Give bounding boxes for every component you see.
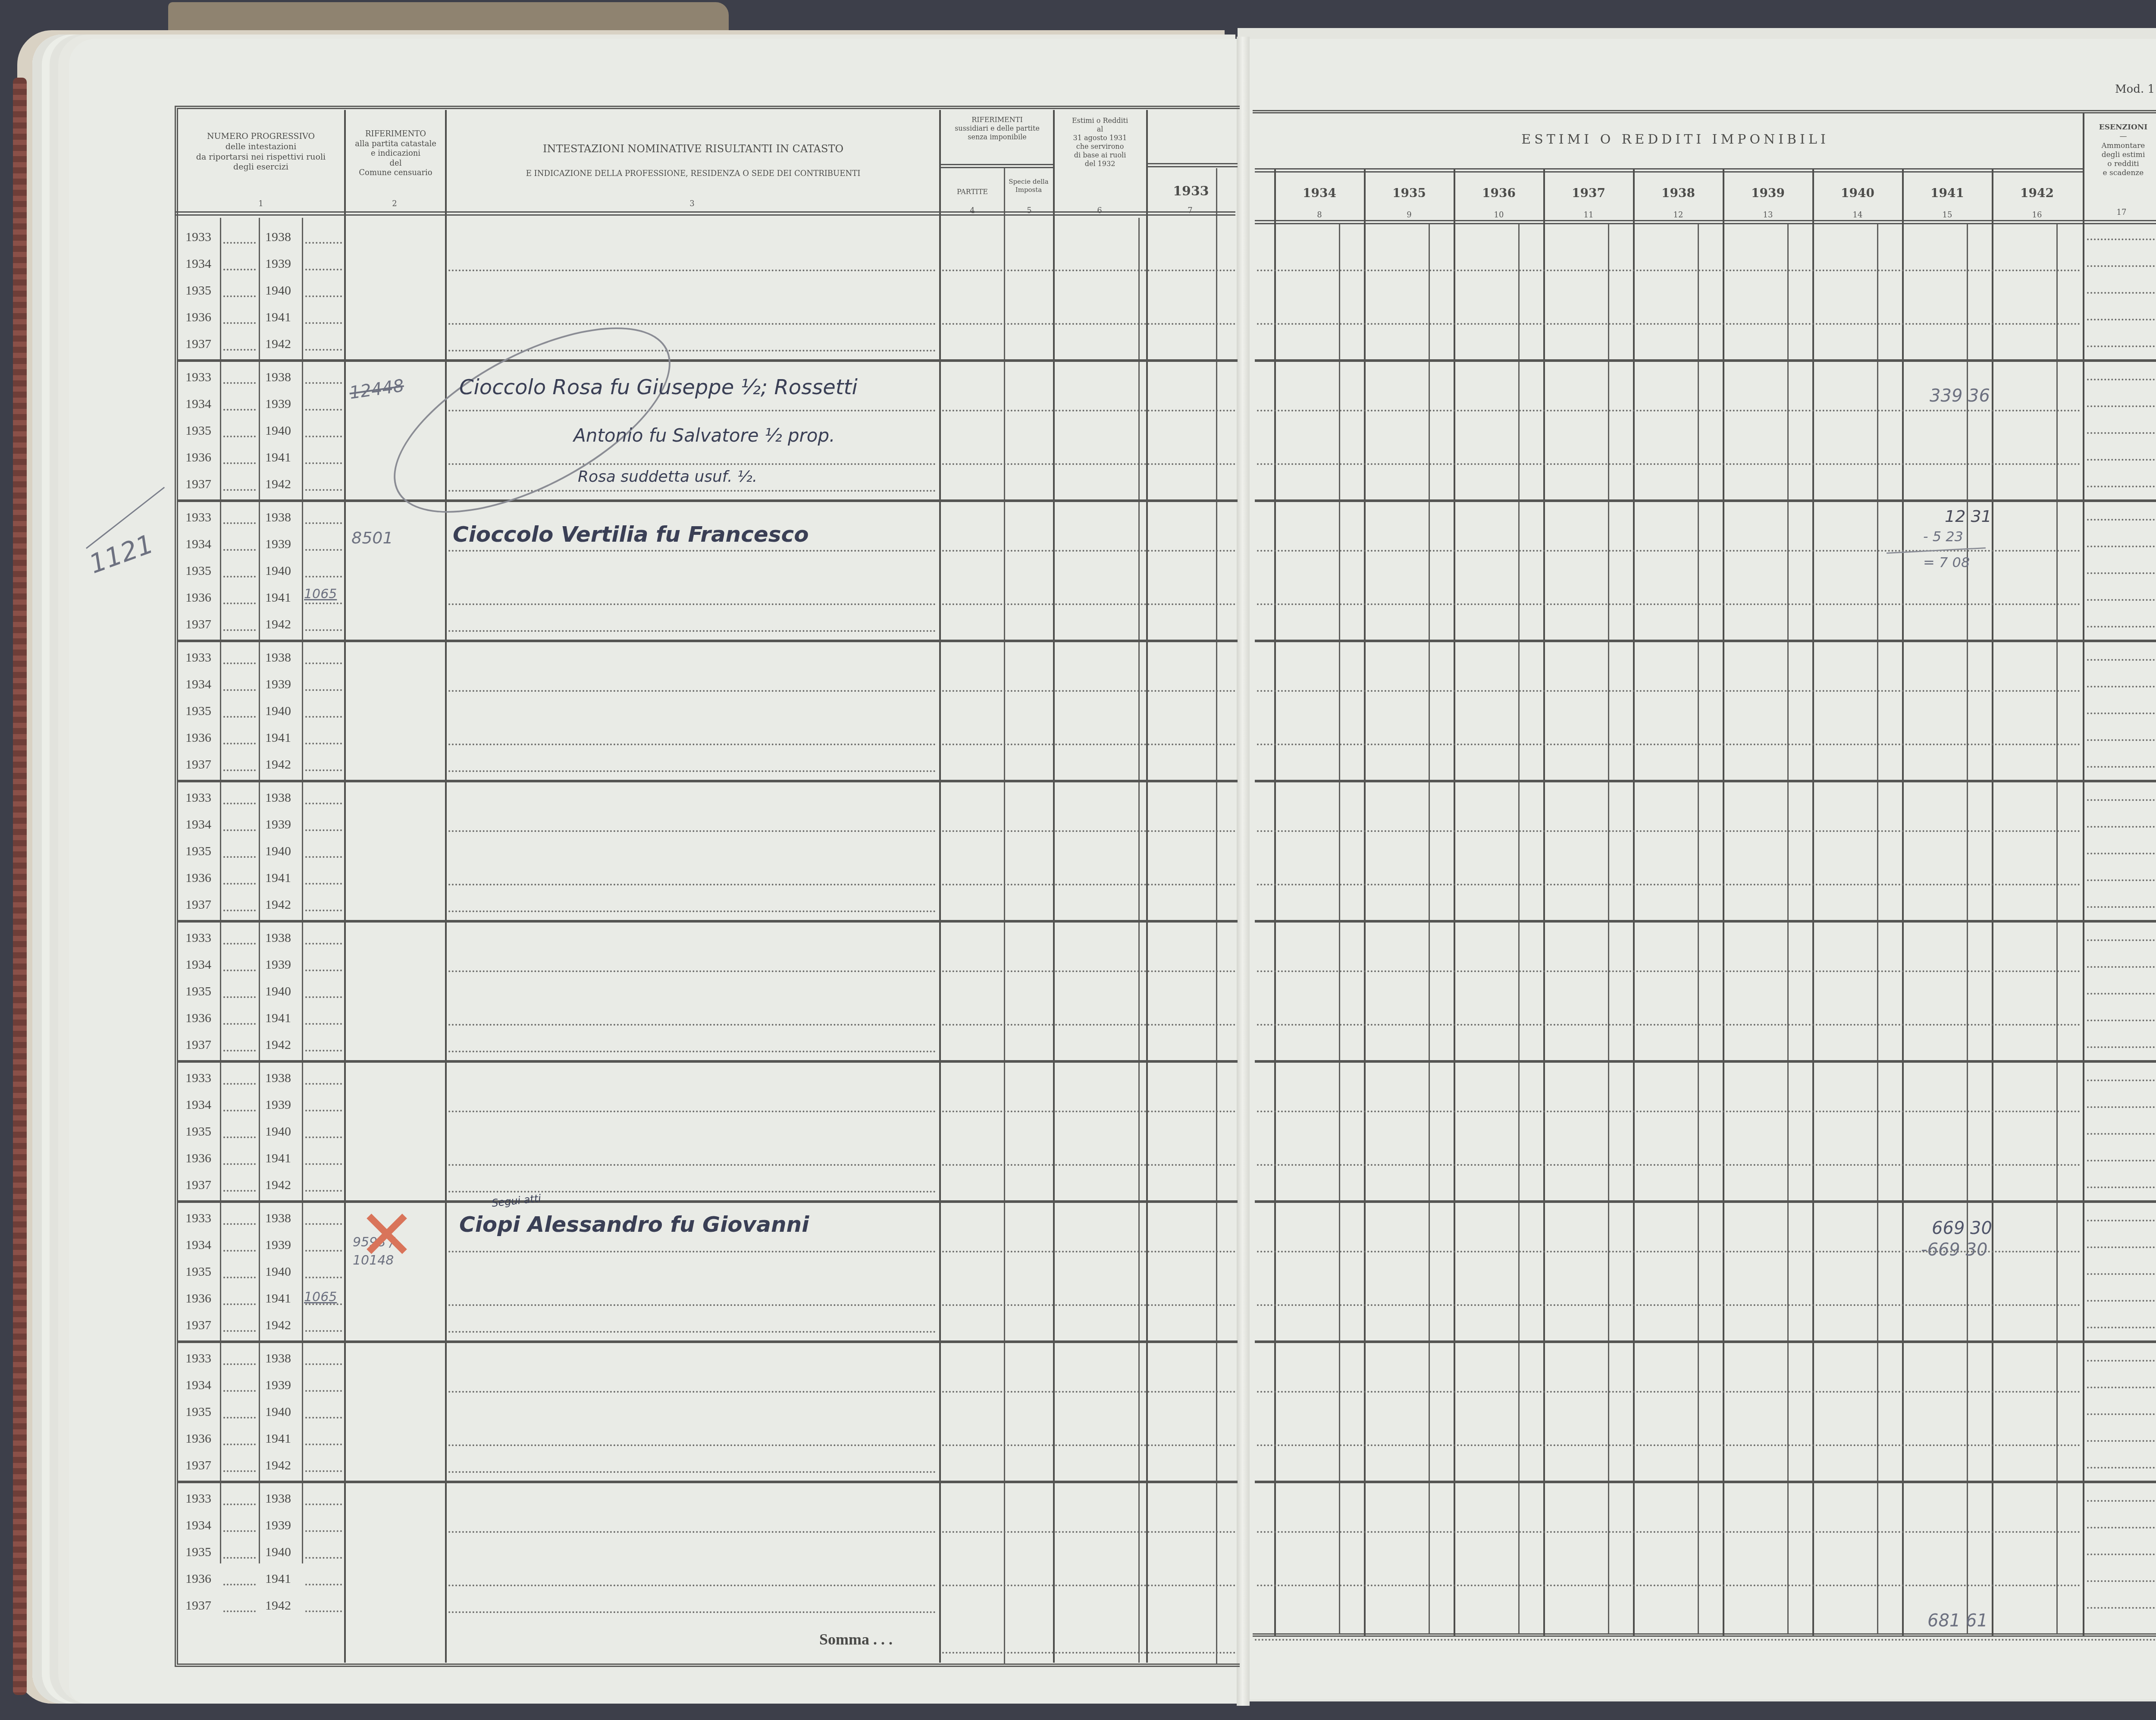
year-label: 1940 bbox=[265, 283, 291, 298]
entry-3-progressivo-note: 1065 bbox=[304, 587, 337, 602]
name-line bbox=[448, 1111, 936, 1112]
year-label: 1940 bbox=[265, 844, 291, 859]
year-blank bbox=[223, 716, 256, 718]
year-blank bbox=[223, 1330, 256, 1332]
year-label: 1939 bbox=[265, 1238, 291, 1252]
calc-1941-entry-3-a: - 5 23 bbox=[1923, 528, 1963, 545]
column-number: 5 bbox=[1023, 206, 1036, 215]
esenzioni-line bbox=[2087, 1327, 2156, 1328]
year-blank bbox=[223, 1444, 256, 1445]
header-subtitle: E INDICAZIONE DELLA PROFESSIONE, RESIDEN… bbox=[448, 169, 938, 179]
ref-line bbox=[942, 323, 1235, 325]
esenzioni-line bbox=[2087, 659, 2156, 661]
header-year-1937: 1937 bbox=[1545, 185, 1632, 201]
year-label: 1935 bbox=[185, 844, 211, 859]
year-label: 1934 bbox=[185, 537, 211, 552]
year-blank bbox=[305, 549, 342, 551]
header-line: o redditi bbox=[2086, 160, 2156, 169]
year-blank bbox=[305, 322, 342, 324]
year-label: 1936 bbox=[185, 310, 211, 325]
value-line bbox=[1257, 270, 2081, 271]
value-line bbox=[1257, 1531, 2081, 1533]
entry-2-name-line-1: Cioccolo Rosa fu Giuseppe ½; Rossetti bbox=[459, 375, 858, 399]
year-blank bbox=[223, 295, 256, 297]
year-label: 1933 bbox=[185, 650, 211, 665]
year-label: 1938 bbox=[265, 370, 291, 385]
name-line bbox=[448, 970, 936, 972]
name-line bbox=[448, 770, 936, 772]
esenzioni-line bbox=[2087, 1554, 2156, 1555]
year-blank bbox=[223, 549, 256, 551]
divider bbox=[259, 218, 260, 1563]
header-line: delle intestazioni bbox=[181, 142, 341, 152]
year-blank bbox=[223, 1223, 256, 1225]
year-blank bbox=[223, 856, 256, 858]
year-blank bbox=[305, 1277, 342, 1278]
calc-1941-entry-3-b: = 7 08 bbox=[1923, 554, 1970, 571]
year-label: 1934 bbox=[185, 1238, 211, 1252]
divider bbox=[1967, 224, 1968, 1635]
year-blank bbox=[305, 462, 342, 464]
esenzioni-line bbox=[2087, 1273, 2156, 1275]
year-blank bbox=[223, 409, 256, 411]
form-model-label: Mod. 111 - Imposte Dirette (Intercalare)… bbox=[2115, 83, 2156, 96]
year-blank bbox=[223, 1390, 256, 1392]
column-number: 12 bbox=[1672, 210, 1685, 220]
year-label: 1935 bbox=[185, 1405, 211, 1419]
year-label: 1942 bbox=[265, 617, 291, 632]
year-label: 1938 bbox=[265, 1071, 291, 1086]
column-number: 11 bbox=[1582, 210, 1595, 220]
year-blank bbox=[223, 1610, 256, 1612]
year-blank bbox=[305, 1190, 342, 1192]
block-rule bbox=[1255, 780, 2156, 782]
year-label: 1937 bbox=[185, 1458, 211, 1473]
name-line bbox=[448, 884, 936, 885]
header-esenzioni: ESENZIONI — Ammontare degli estimi o red… bbox=[2086, 123, 2156, 178]
header-year-1939: 1939 bbox=[1725, 185, 1811, 201]
name-line bbox=[448, 1585, 936, 1586]
year-blank bbox=[223, 1050, 256, 1051]
year-label: 1940 bbox=[265, 704, 291, 719]
esenzioni-line bbox=[2087, 1467, 2156, 1469]
divider bbox=[1902, 169, 1904, 1635]
ref-line bbox=[942, 270, 1235, 271]
year-label: 1933 bbox=[185, 1491, 211, 1506]
year-blank bbox=[305, 1330, 342, 1332]
year-blank bbox=[305, 1390, 342, 1392]
total-label: Somma . . . bbox=[819, 1630, 893, 1648]
header-estimi-imponibili: ESTIMI O REDDITI IMPONIBILI bbox=[1276, 132, 2074, 148]
header-line: degli estimi bbox=[2086, 151, 2156, 160]
year-label: 1939 bbox=[265, 537, 291, 552]
year-blank bbox=[305, 489, 342, 491]
divider bbox=[1004, 168, 1005, 1665]
name-line bbox=[448, 744, 936, 745]
esenzioni-line bbox=[2087, 379, 2156, 380]
year-blank bbox=[305, 716, 342, 718]
divider bbox=[1698, 224, 1699, 1635]
header-intestazioni: INTESTAZIONI NOMINATIVE RISULTANTI IN CA… bbox=[448, 142, 938, 179]
year-label: 1940 bbox=[265, 1265, 291, 1279]
esenzioni-line bbox=[2087, 1387, 2156, 1388]
year-label: 1942 bbox=[265, 477, 291, 492]
esenzioni-line bbox=[2087, 546, 2156, 547]
header-line: alla partita catastale bbox=[347, 139, 444, 149]
year-label: 1934 bbox=[185, 397, 211, 411]
header-line: che servirono bbox=[1055, 142, 1145, 151]
year-blank bbox=[305, 856, 342, 858]
block-rule bbox=[177, 499, 1238, 502]
divider bbox=[1877, 224, 1878, 1635]
ref-line bbox=[942, 410, 1235, 411]
header-subrule bbox=[940, 164, 1053, 168]
column-number: 6 bbox=[1093, 206, 1106, 215]
year-blank bbox=[305, 349, 342, 351]
year-blank bbox=[305, 242, 342, 244]
year-label: 1936 bbox=[185, 1151, 211, 1166]
name-line bbox=[448, 1611, 936, 1613]
esenzioni-line bbox=[2087, 265, 2156, 267]
year-blank bbox=[305, 1083, 342, 1085]
total-line-right bbox=[1255, 1639, 2156, 1641]
year-blank bbox=[305, 1417, 342, 1419]
year-blank bbox=[305, 1363, 342, 1365]
esenzioni-line bbox=[2087, 993, 2156, 995]
header-line: del 1932 bbox=[1055, 160, 1145, 168]
header-title: Estimi o Redditi bbox=[1055, 116, 1145, 125]
year-blank bbox=[223, 829, 256, 831]
name-line bbox=[448, 1191, 936, 1193]
name-line bbox=[448, 1024, 936, 1026]
value-line bbox=[1257, 1585, 2081, 1586]
year-blank bbox=[223, 743, 256, 744]
year-label: 1934 bbox=[185, 957, 211, 972]
year-label: 1942 bbox=[265, 1038, 291, 1052]
esenzioni-line bbox=[2087, 405, 2156, 407]
year-label: 1937 bbox=[185, 477, 211, 492]
block-rule bbox=[177, 1340, 1238, 1343]
header-year-1935: 1935 bbox=[1366, 185, 1452, 201]
header-year-1941: 1941 bbox=[1904, 185, 1990, 201]
block-rule bbox=[177, 359, 1238, 362]
year-blank bbox=[305, 1530, 342, 1532]
esenzioni-line bbox=[2087, 1413, 2156, 1415]
ref-line bbox=[942, 884, 1235, 885]
header-year-1936: 1936 bbox=[1456, 185, 1542, 201]
header-line: da riportarsi nei rispettivi ruoli bbox=[181, 152, 341, 163]
divider bbox=[2083, 113, 2084, 1635]
header-line: degli esercizi bbox=[181, 162, 341, 173]
divider bbox=[1633, 169, 1635, 1635]
block-rule bbox=[1255, 359, 2156, 362]
year-blank bbox=[223, 1250, 256, 1252]
year-blank bbox=[223, 1023, 256, 1025]
total-1941: 681 61 bbox=[1927, 1611, 1988, 1631]
calc-1941-entry-8: -669 30 bbox=[1921, 1240, 1987, 1260]
name-line bbox=[448, 910, 936, 912]
ref-line bbox=[942, 550, 1235, 552]
year-label: 1936 bbox=[185, 1291, 211, 1306]
ref-line bbox=[942, 744, 1235, 745]
divider bbox=[1992, 169, 1993, 1635]
year-blank bbox=[223, 436, 256, 437]
year-label: 1938 bbox=[265, 1211, 291, 1226]
year-blank bbox=[223, 269, 256, 270]
header-line: di base ai ruoli bbox=[1055, 151, 1145, 160]
year-label: 1933 bbox=[185, 931, 211, 945]
year-blank bbox=[223, 803, 256, 804]
year-label: 1933 bbox=[185, 230, 211, 245]
year-blank bbox=[305, 689, 342, 691]
year-blank bbox=[305, 1503, 342, 1505]
esenzioni-line bbox=[2087, 939, 2156, 941]
header-riferimento: RIFERIMENTO alla partita catastale e ind… bbox=[347, 129, 444, 178]
year-label: 1940 bbox=[265, 564, 291, 578]
column-number: 16 bbox=[2031, 210, 2043, 220]
header-partite: PARTITE bbox=[942, 188, 1003, 196]
year-label: 1934 bbox=[185, 1378, 211, 1393]
year-label: 1941 bbox=[265, 1431, 291, 1446]
year-label: 1938 bbox=[265, 230, 291, 245]
name-line bbox=[448, 630, 936, 632]
year-label: 1942 bbox=[265, 898, 291, 912]
year-label: 1935 bbox=[185, 283, 211, 298]
year-blank bbox=[223, 242, 256, 244]
year-label: 1933 bbox=[185, 1071, 211, 1086]
year-label: 1933 bbox=[185, 1211, 211, 1226]
book-tab bbox=[168, 2, 729, 32]
year-blank bbox=[223, 1584, 256, 1585]
year-label: 1933 bbox=[185, 510, 211, 525]
ref-line bbox=[942, 1024, 1235, 1026]
year-label: 1942 bbox=[265, 1458, 291, 1473]
divider bbox=[1146, 110, 1148, 1663]
entry-3-name: Cioccolo Vertilia fu Francesco bbox=[453, 522, 809, 547]
header-line: senza imponibile bbox=[942, 133, 1052, 141]
block-rule bbox=[177, 1060, 1238, 1063]
year-blank bbox=[305, 1444, 342, 1445]
year-blank bbox=[305, 970, 342, 971]
esenzioni-line bbox=[2087, 853, 2156, 854]
year-label: 1933 bbox=[185, 1351, 211, 1366]
divider bbox=[1364, 169, 1366, 1635]
year-blank bbox=[223, 970, 256, 971]
year-label: 1936 bbox=[185, 871, 211, 885]
year-blank bbox=[223, 662, 256, 664]
year-label: 1940 bbox=[265, 424, 291, 438]
entry-2-name-line-2: Antonio fu Salvatore ½ prop. bbox=[573, 425, 835, 446]
esenzioni-line bbox=[2087, 966, 2156, 968]
divider bbox=[1723, 169, 1724, 1635]
year-blank bbox=[305, 883, 342, 885]
column-number: 17 bbox=[2115, 208, 2128, 217]
esenzioni-line bbox=[2087, 1106, 2156, 1108]
year-blank bbox=[223, 1470, 256, 1472]
year-blank bbox=[223, 1363, 256, 1365]
year-label: 1936 bbox=[185, 450, 211, 465]
esenzioni-line bbox=[2087, 1360, 2156, 1362]
header-specie-imposta: Specie della Imposta bbox=[1006, 178, 1051, 194]
value-1941-entry-3: 12 31 bbox=[1945, 507, 1992, 526]
value-line bbox=[1257, 744, 2081, 745]
value-line bbox=[1257, 323, 2081, 325]
year-label: 1935 bbox=[185, 564, 211, 578]
left-table-frame bbox=[175, 106, 1240, 1667]
year-blank bbox=[223, 1503, 256, 1505]
name-line bbox=[448, 270, 936, 271]
year-blank bbox=[223, 349, 256, 351]
year-label: 1939 bbox=[265, 397, 291, 411]
block-rule bbox=[177, 640, 1238, 642]
year-blank bbox=[223, 1136, 256, 1138]
value-line bbox=[1257, 410, 2081, 411]
esenzioni-line bbox=[2087, 599, 2156, 601]
book-binding bbox=[13, 78, 27, 1695]
year-label: 1933 bbox=[185, 791, 211, 805]
year-blank bbox=[223, 603, 256, 604]
block-rule bbox=[177, 1200, 1238, 1203]
header-year-1933: 1933 bbox=[1148, 183, 1234, 200]
year-label: 1939 bbox=[265, 677, 291, 692]
year-label: 1942 bbox=[265, 1318, 291, 1333]
year-blank bbox=[305, 769, 342, 771]
name-line bbox=[448, 690, 936, 692]
year-blank bbox=[223, 689, 256, 691]
header-line: Ammontare bbox=[2086, 141, 2156, 151]
esenzioni-line bbox=[2087, 572, 2156, 574]
name-line bbox=[448, 1304, 936, 1306]
header-line: al bbox=[1055, 125, 1145, 134]
ref-line bbox=[942, 1251, 1235, 1252]
value-line bbox=[1257, 463, 2081, 465]
year-blank bbox=[305, 1163, 342, 1165]
year-blank bbox=[223, 1303, 256, 1305]
year-label: 1938 bbox=[265, 931, 291, 945]
ref-line bbox=[942, 830, 1235, 832]
year-blank bbox=[305, 629, 342, 631]
year-label: 1935 bbox=[185, 984, 211, 999]
ref-line bbox=[942, 1585, 1235, 1586]
esenzioni-line bbox=[2087, 1020, 2156, 1021]
year-blank bbox=[305, 409, 342, 411]
value-line bbox=[1257, 1444, 2081, 1446]
divider bbox=[1339, 224, 1340, 1635]
column-number: 8 bbox=[1313, 210, 1326, 220]
column-number: 2 bbox=[388, 199, 401, 208]
year-blank bbox=[223, 883, 256, 885]
block-rule bbox=[1255, 1060, 2156, 1063]
divider bbox=[1787, 224, 1789, 1635]
year-label: 1941 bbox=[265, 310, 291, 325]
esenzioni-line bbox=[2087, 626, 2156, 628]
year-label: 1940 bbox=[265, 1405, 291, 1419]
divider bbox=[220, 218, 221, 1563]
year-blank bbox=[305, 943, 342, 945]
header-title: NUMERO PROGRESSIVO bbox=[181, 132, 341, 142]
esenzioni-line bbox=[2087, 459, 2156, 461]
divider bbox=[1274, 169, 1276, 1635]
esenzioni-line bbox=[2087, 486, 2156, 487]
year-label: 1937 bbox=[185, 1318, 211, 1333]
block-rule bbox=[177, 1481, 1238, 1483]
esenzioni-line bbox=[2087, 1080, 2156, 1081]
value-line bbox=[1257, 830, 2081, 832]
year-label: 1941 bbox=[265, 450, 291, 465]
year-blank bbox=[305, 1110, 342, 1111]
year-label: 1938 bbox=[265, 510, 291, 525]
divider bbox=[1608, 224, 1609, 1635]
ref-line bbox=[942, 1391, 1235, 1393]
year-blank bbox=[223, 996, 256, 998]
header-title: RIFERIMENTI bbox=[942, 116, 1052, 124]
year-blank bbox=[305, 829, 342, 831]
year-label: 1939 bbox=[265, 1378, 291, 1393]
esenzioni-line bbox=[2087, 712, 2156, 714]
year-blank bbox=[223, 910, 256, 911]
year-blank bbox=[223, 1190, 256, 1192]
year-label: 1942 bbox=[265, 757, 291, 772]
year-blank bbox=[223, 1110, 256, 1111]
divider bbox=[302, 218, 303, 1563]
divider bbox=[939, 110, 941, 1663]
ref-line bbox=[942, 1531, 1235, 1533]
divider bbox=[445, 110, 447, 1663]
column-number: 7 bbox=[1184, 206, 1197, 215]
year-blank bbox=[305, 803, 342, 804]
year-blank bbox=[305, 1250, 342, 1252]
year-blank bbox=[305, 1584, 342, 1585]
year-label: 1941 bbox=[265, 871, 291, 885]
name-line bbox=[448, 1471, 936, 1473]
column-number: 3 bbox=[686, 199, 699, 208]
year-label: 1940 bbox=[265, 1545, 291, 1560]
year-blank bbox=[305, 436, 342, 437]
value-line bbox=[1257, 884, 2081, 885]
year-label: 1938 bbox=[265, 1351, 291, 1366]
year-blank bbox=[305, 1023, 342, 1025]
value-line bbox=[1257, 1164, 2081, 1166]
column-number: 10 bbox=[1492, 210, 1505, 220]
header-line: 31 agosto 1931 bbox=[1055, 134, 1145, 142]
header-subrule bbox=[1147, 163, 1238, 167]
year-label: 1934 bbox=[185, 257, 211, 271]
name-line bbox=[448, 603, 936, 605]
year-blank bbox=[305, 1136, 342, 1138]
esenzioni-line bbox=[2087, 1607, 2156, 1609]
year-blank bbox=[223, 1557, 256, 1559]
year-label: 1934 bbox=[185, 1098, 211, 1112]
ref-line bbox=[942, 970, 1235, 972]
esenzioni-line bbox=[2087, 1500, 2156, 1502]
year-blank bbox=[223, 322, 256, 324]
year-label: 1935 bbox=[185, 1124, 211, 1139]
ref-line bbox=[942, 463, 1235, 465]
year-label: 1937 bbox=[185, 898, 211, 912]
header-dash: — bbox=[2086, 132, 2156, 141]
year-label: 1941 bbox=[265, 590, 291, 605]
year-label: 1937 bbox=[185, 1178, 211, 1193]
year-blank bbox=[223, 462, 256, 464]
year-label: 1942 bbox=[265, 337, 291, 352]
year-label: 1940 bbox=[265, 984, 291, 999]
year-blank bbox=[305, 910, 342, 911]
esenzioni-line bbox=[2087, 1186, 2156, 1188]
year-blank bbox=[305, 1223, 342, 1225]
year-label: 1940 bbox=[265, 1124, 291, 1139]
header-line: e indicazioni bbox=[347, 149, 444, 159]
ref-line bbox=[942, 1164, 1235, 1166]
